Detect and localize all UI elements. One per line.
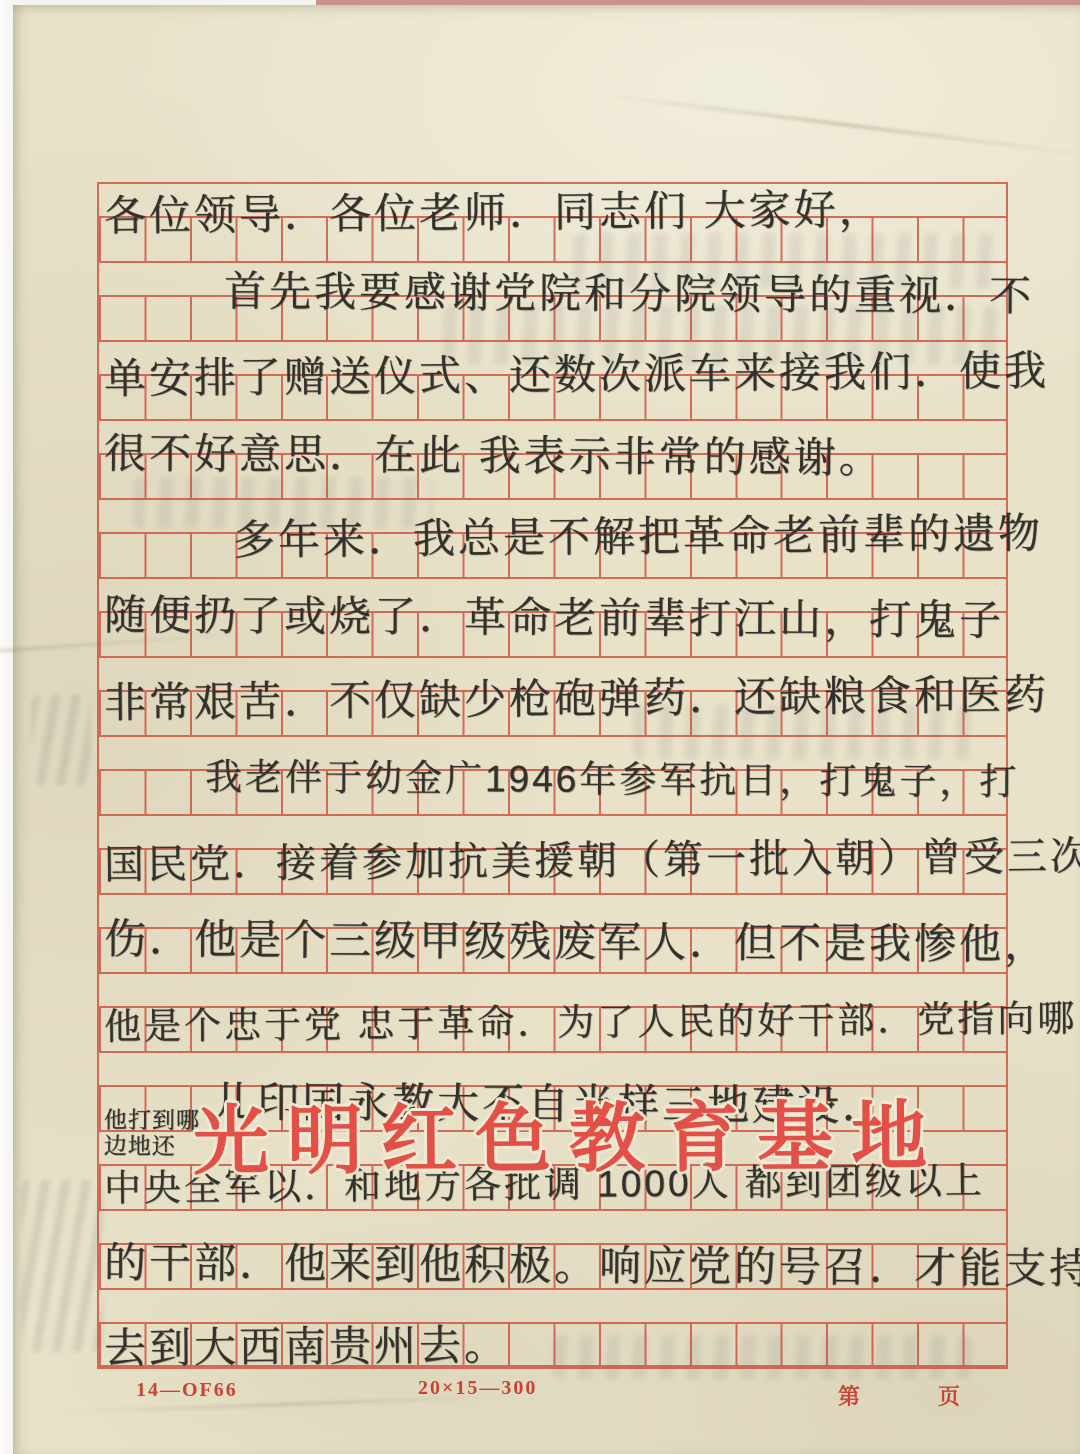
handwritten-line: 非常艰苦．不仅缺少枪砲弹药．还缺粮食和医药: [104, 666, 1050, 742]
handwriting-layer: 各位领导．各位老师．同志们 大家好，首先我要感谢党院和分院领导的重视．不单安排了…: [0, 0, 1080, 1454]
handwritten-line: 各位领导．各位老师．同志们 大家好，: [104, 181, 884, 256]
handwritten-line: 我老伴于幼金广1946年参军抗日，打鬼子，打: [205, 749, 1020, 820]
handwritten-line: 很不好意思．在此 我表示非常的感谢。: [104, 425, 884, 498]
handwritten-line: 伤．他是个三级甲级残废军人．但不是我惨他，: [104, 910, 1049, 984]
handwritten-line: 首先我要感谢党院和分院领导的重视．不: [224, 263, 1034, 336]
page-number-suffix: 页: [938, 1380, 962, 1411]
handwritten-line: 随便扔了或烧了．革命老前辈打江山，打鬼子: [104, 586, 1004, 659]
handwritten-line: 多年来．我总是不解把革命老前辈的遗物: [233, 504, 1044, 579]
grid-format-label: 20×15—300: [418, 1377, 537, 1400]
handwritten-line: 的干部．他来到他积极。响应党的号召．才能支持: [104, 1234, 1080, 1308]
handwritten-line: 他是个忠于党 忠于革命．为了人民的好干部．党指向哪: [104, 990, 1078, 1064]
paper-stock-number: 14—OF66: [136, 1379, 238, 1402]
inserted-small-text: 他打到哪边地还: [104, 1107, 200, 1160]
handwritten-line: 国民党．接着参加抗美援朝（第一批入朝）曾受三次: [104, 828, 1080, 904]
handwritten-line: 单安排了赠送仪式、还数次派车来接我们．使我: [104, 342, 1050, 418]
letter-photo: 各位领导．各位老师．同志们 大家好，首先我要感谢党院和分院领导的重视．不单安排了…: [0, 0, 1080, 1454]
page-number-prefix: 第: [838, 1380, 862, 1411]
red-watermark-text: 光明红色教育基地: [193, 1075, 946, 1189]
